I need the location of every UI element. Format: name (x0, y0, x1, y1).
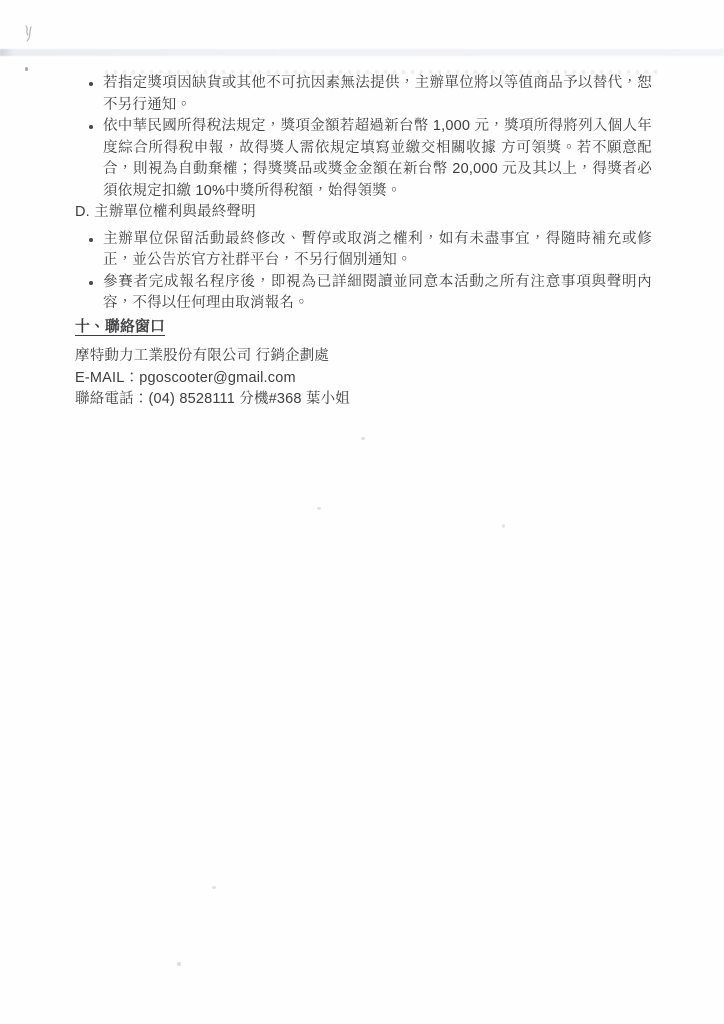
scan-speck (177, 962, 181, 966)
d-bullet-agreement: 參賽者完成報名程序後，即視為已詳細閱讀並同意本活動之所有注意事項與聲明內容，不得… (103, 272, 652, 315)
document-page: 若指定獎項因缺貨或其他不可抗因素無法提供，主辦單位將以等值商品予以替代，恕不另行… (0, 0, 724, 1024)
section-d-list: 主辦單位保留活動最終修改、暫停或取消之權利，如有未盡事宜，得隨時補充或修正，並公… (75, 229, 652, 315)
contact-block: 摩特動力工業股份有限公司 行銷企劃處 E-MAIL：pgoscooter@gma… (75, 346, 652, 411)
scan-speck (212, 886, 216, 889)
scan-speck (361, 437, 365, 440)
email-line: E-MAIL：pgoscooter@gmail.com (75, 368, 652, 390)
phone-value: (04) 8528111 分機#368 葉小姐 (149, 391, 351, 407)
scan-streak (0, 49, 724, 56)
company-name: 摩特動力工業股份有限公司 行銷企劃處 (75, 346, 652, 368)
scan-speck (317, 507, 321, 510)
email-label: E-MAIL： (75, 370, 139, 386)
phone-line: 聯絡電話：(04) 8528111 分機#368 葉小姐 (75, 389, 652, 411)
note-bullet-replacement: 若指定獎項因缺貨或其他不可抗因素無法提供，主辦單位將以等值商品予以替代，恕不另行… (103, 73, 652, 116)
contact-section-heading: 十、聯絡窗口 (75, 317, 165, 339)
scan-pen-mark (22, 24, 36, 44)
scan-speck (502, 524, 505, 528)
email-value: pgoscooter@gmail.com (139, 370, 296, 386)
section-d-heading: D. 主辦單位權利與最終聲明 (75, 202, 652, 224)
prize-notes-list: 若指定獎項因缺貨或其他不可抗因素無法提供，主辦單位將以等值商品予以替代，恕不另行… (75, 73, 652, 202)
document-content: 若指定獎項因缺貨或其他不可抗因素無法提供，主辦單位將以等值商品予以替代，恕不另行… (75, 73, 652, 411)
note-bullet-tax: 依中華民國所得稅法規定，獎項金額若超過新台幣 1,000 元，獎項所得將列入個人… (103, 116, 652, 202)
phone-label: 聯絡電話： (75, 391, 149, 407)
d-bullet-rights: 主辦單位保留活動最終修改、暫停或取消之權利，如有未盡事宜，得隨時補充或修正，並公… (103, 229, 652, 272)
scan-speck (25, 67, 28, 71)
